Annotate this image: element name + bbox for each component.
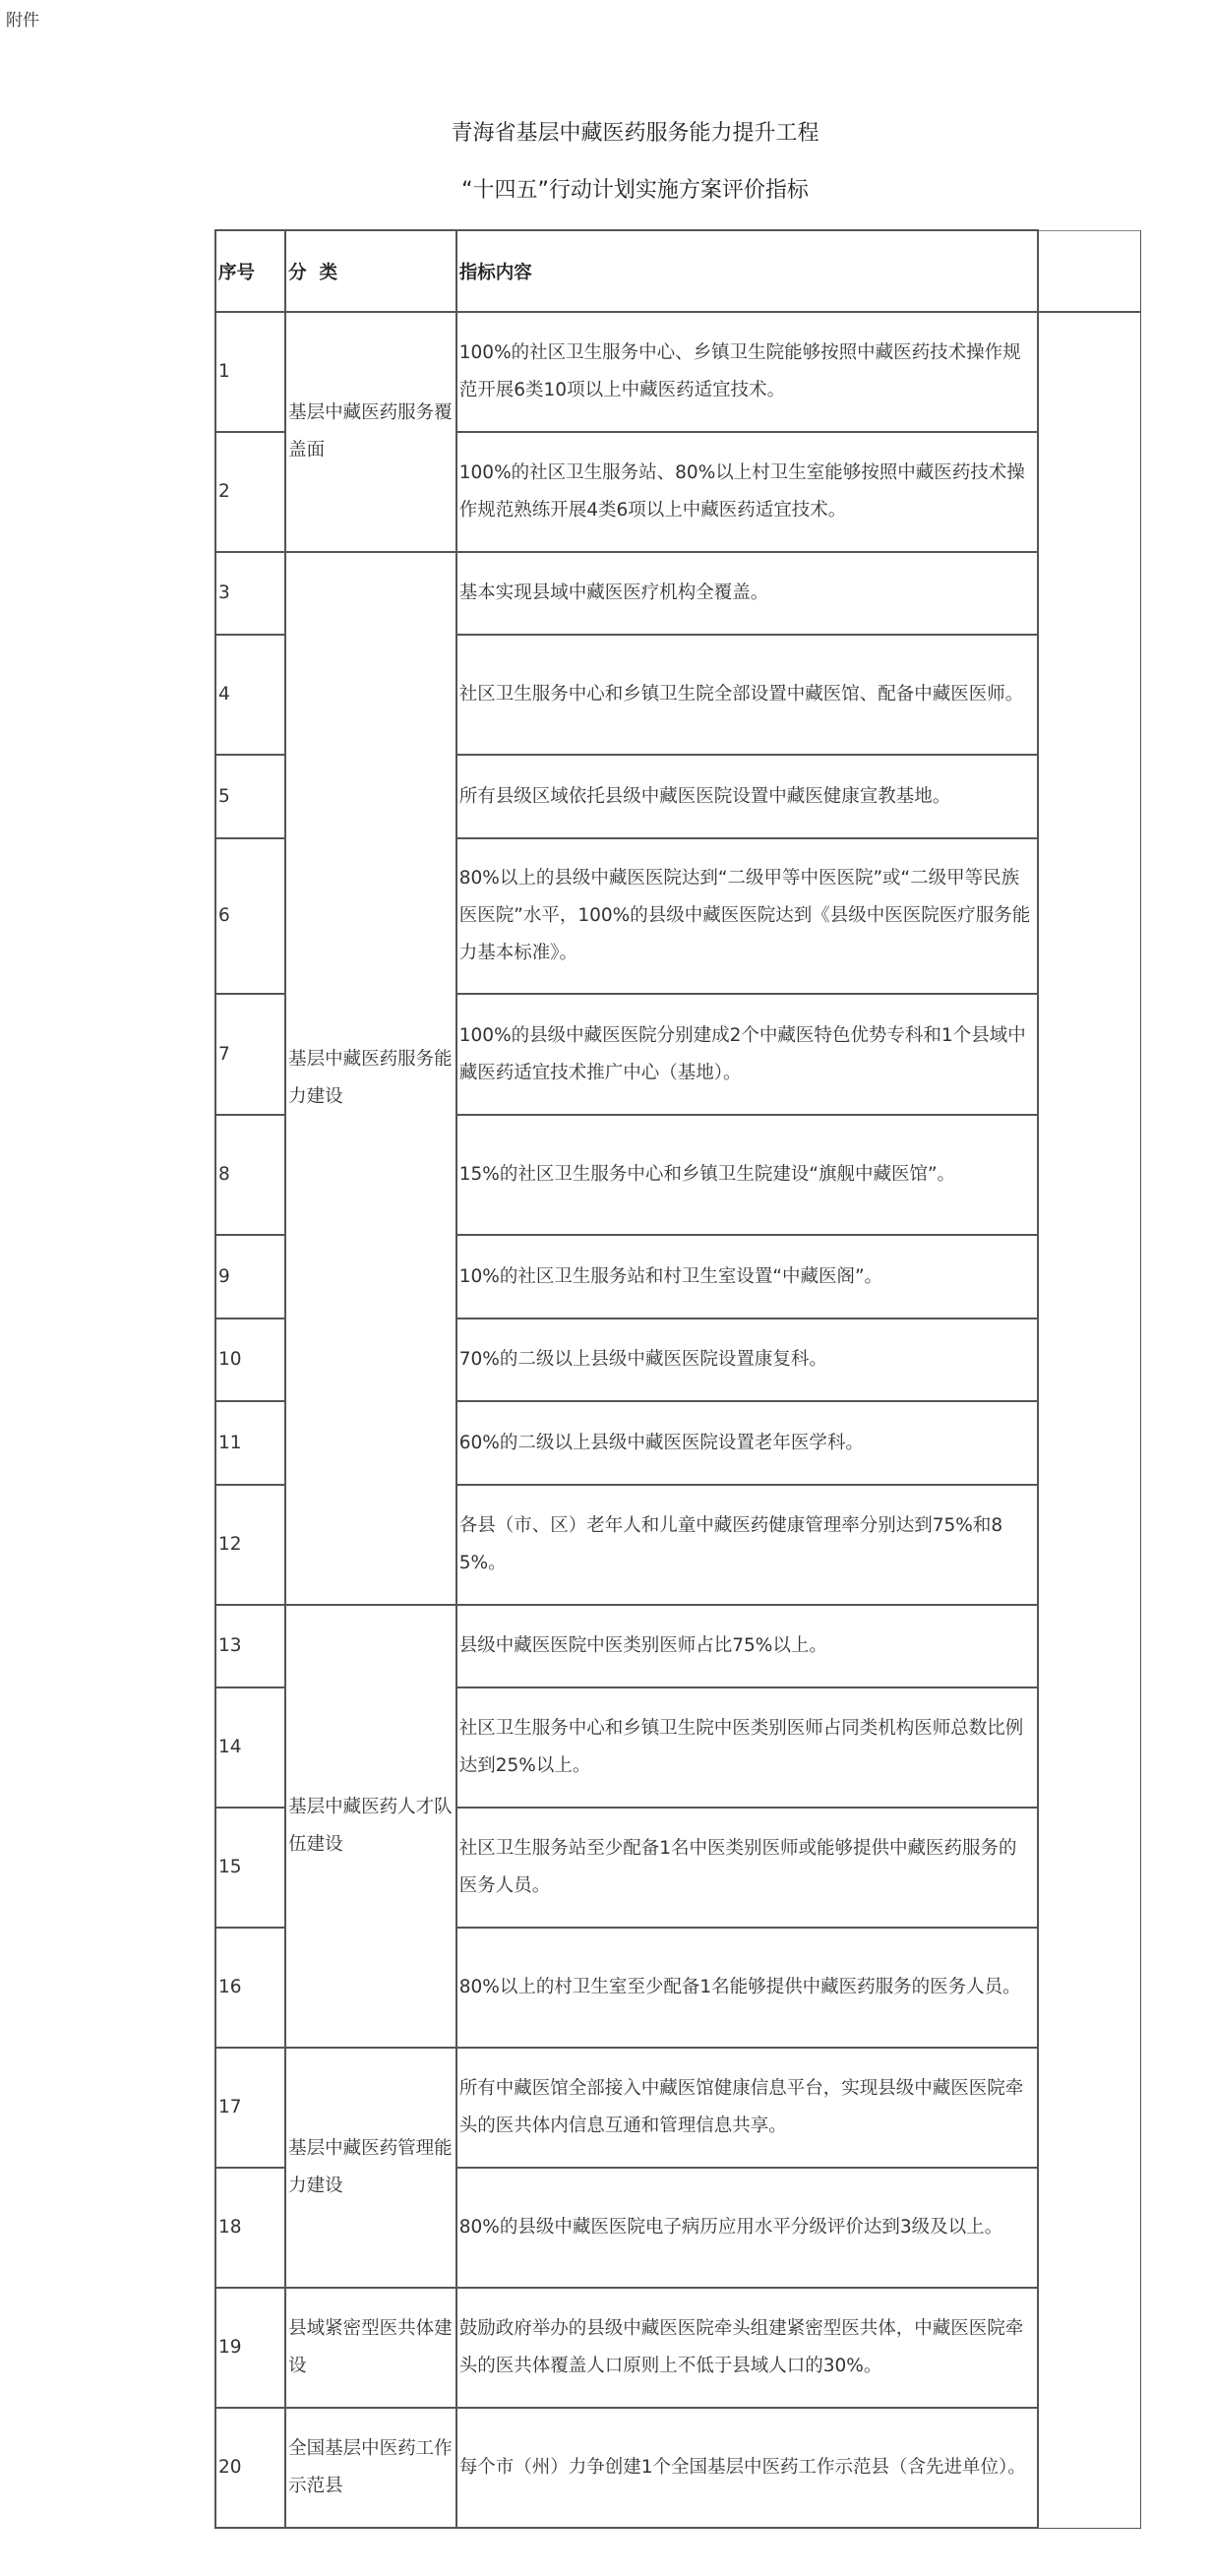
serial-number-cell: 3: [215, 552, 285, 635]
indicator-content-cell: 15%的社区卫生服务中心和乡镇卫生院建设“旗舰中藏医馆”。: [456, 1115, 1038, 1235]
evaluation-indicator-table: 序号 分 类 指标内容 1基层中藏医药服务覆盖面100%的社区卫生服务中心、乡镇…: [214, 229, 1141, 2529]
serial-number-cell: 19: [215, 2288, 285, 2408]
category-cell: 基层中藏医药服务能力建设: [285, 552, 456, 1605]
header-empty-column: [1038, 230, 1141, 312]
category-cell: 全国基层中医药工作示范县: [285, 2408, 456, 2528]
indicator-content-cell: 每个市（州）力争创建1个全国基层中医药工作示范县（含先进单位）。: [456, 2408, 1038, 2528]
header-indicator-content: 指标内容: [456, 230, 1038, 312]
table-row: 17基层中藏医药管理能力建设所有中藏医馆全部接入中藏医馆健康信息平台，实现县级中…: [215, 2048, 1141, 2168]
document-title-line2: “十四五”行动计划实施方案评价指标: [0, 173, 1213, 204]
serial-number-cell: 13: [215, 1605, 285, 1687]
indicator-content-cell: 社区卫生服务中心和乡镇卫生院中医类别医师占同类机构医师总数比例达到25%以上。: [456, 1687, 1038, 1808]
indicator-content-cell: 80%的县级中藏医医院电子病历应用水平分级评价达到3级及以上。: [456, 2168, 1038, 2288]
header-serial-number: 序号: [215, 230, 285, 312]
indicator-content-cell: 10%的社区卫生服务站和村卫生室设置“中藏医阁”。: [456, 1235, 1038, 1319]
category-cell: 基层中藏医药管理能力建设: [285, 2048, 456, 2288]
serial-number-cell: 15: [215, 1808, 285, 1928]
serial-number-cell: 4: [215, 635, 285, 755]
serial-number-cell: 18: [215, 2168, 285, 2288]
serial-number-cell: 17: [215, 2048, 285, 2168]
category-cell: 基层中藏医药服务覆盖面: [285, 312, 456, 552]
serial-number-cell: 2: [215, 432, 285, 552]
indicator-content-cell: 各县（市、区）老年人和儿童中藏医药健康管理率分别达到75%和85%。: [456, 1485, 1038, 1605]
category-cell: 基层中藏医药人才队伍建设: [285, 1605, 456, 2048]
empty-side-column: [1038, 312, 1141, 2528]
indicator-content-cell: 80%以上的村卫生室至少配备1名能够提供中藏医药服务的医务人员。: [456, 1928, 1038, 2048]
indicator-content-cell: 社区卫生服务中心和乡镇卫生院全部设置中藏医馆、配备中藏医医师。: [456, 635, 1038, 755]
header-category: 分 类: [285, 230, 456, 312]
table-header-row: 序号 分 类 指标内容: [215, 230, 1141, 312]
table-row: 3基层中藏医药服务能力建设基本实现县域中藏医医疗机构全覆盖。: [215, 552, 1141, 635]
serial-number-cell: 10: [215, 1319, 285, 1401]
table-row: 19县域紧密型医共体建设鼓励政府举办的县级中藏医医院牵头组建紧密型医共体，中藏医…: [215, 2288, 1141, 2408]
table-row: 20全国基层中医药工作示范县每个市（州）力争创建1个全国基层中医药工作示范县（含…: [215, 2408, 1141, 2528]
indicator-content-cell: 基本实现县域中藏医医疗机构全覆盖。: [456, 552, 1038, 635]
indicator-content-cell: 所有县级区域依托县级中藏医医院设置中藏医健康宣教基地。: [456, 755, 1038, 838]
serial-number-cell: 5: [215, 755, 285, 838]
serial-number-cell: 8: [215, 1115, 285, 1235]
serial-number-cell: 12: [215, 1485, 285, 1605]
serial-number-cell: 9: [215, 1235, 285, 1319]
document-title-line1: 青海省基层中藏医药服务能力提升工程: [0, 116, 1213, 147]
table-row: 13基层中藏医药人才队伍建设县级中藏医医院中医类别医师占比75%以上。: [215, 1605, 1141, 1687]
indicator-content-cell: 100%的县级中藏医医院分别建成2个中藏医特色优势专科和1个县域中藏医药适宜技术…: [456, 994, 1038, 1115]
category-cell: 县域紧密型医共体建设: [285, 2288, 456, 2408]
serial-number-cell: 1: [215, 312, 285, 432]
serial-number-cell: 6: [215, 838, 285, 994]
indicator-content-cell: 70%的二级以上县级中藏医医院设置康复科。: [456, 1319, 1038, 1401]
indicator-content-cell: 社区卫生服务站至少配备1名中医类别医师或能够提供中藏医药服务的医务人员。: [456, 1808, 1038, 1928]
indicator-content-cell: 100%的社区卫生服务站、80%以上村卫生室能够按照中藏医药技术操作规范熟练开展…: [456, 432, 1038, 552]
attachment-label: 附件: [6, 6, 39, 31]
serial-number-cell: 20: [215, 2408, 285, 2528]
indicator-content-cell: 100%的社区卫生服务中心、乡镇卫生院能够按照中藏医药技术操作规范开展6类10项…: [456, 312, 1038, 432]
serial-number-cell: 11: [215, 1401, 285, 1485]
serial-number-cell: 14: [215, 1687, 285, 1808]
indicator-content-cell: 60%的二级以上县级中藏医医院设置老年医学科。: [456, 1401, 1038, 1485]
indicator-content-cell: 鼓励政府举办的县级中藏医医院牵头组建紧密型医共体，中藏医医院牵头的医共体覆盖人口…: [456, 2288, 1038, 2408]
serial-number-cell: 7: [215, 994, 285, 1115]
table-row: 1基层中藏医药服务覆盖面100%的社区卫生服务中心、乡镇卫生院能够按照中藏医药技…: [215, 312, 1141, 432]
indicator-content-cell: 所有中藏医馆全部接入中藏医馆健康信息平台，实现县级中藏医医院牵头的医共体内信息互…: [456, 2048, 1038, 2168]
serial-number-cell: 16: [215, 1928, 285, 2048]
indicator-content-cell: 80%以上的县级中藏医医院达到“二级甲等中医医院”或“二级甲等民族医医院”水平，…: [456, 838, 1038, 994]
indicator-content-cell: 县级中藏医医院中医类别医师占比75%以上。: [456, 1605, 1038, 1687]
